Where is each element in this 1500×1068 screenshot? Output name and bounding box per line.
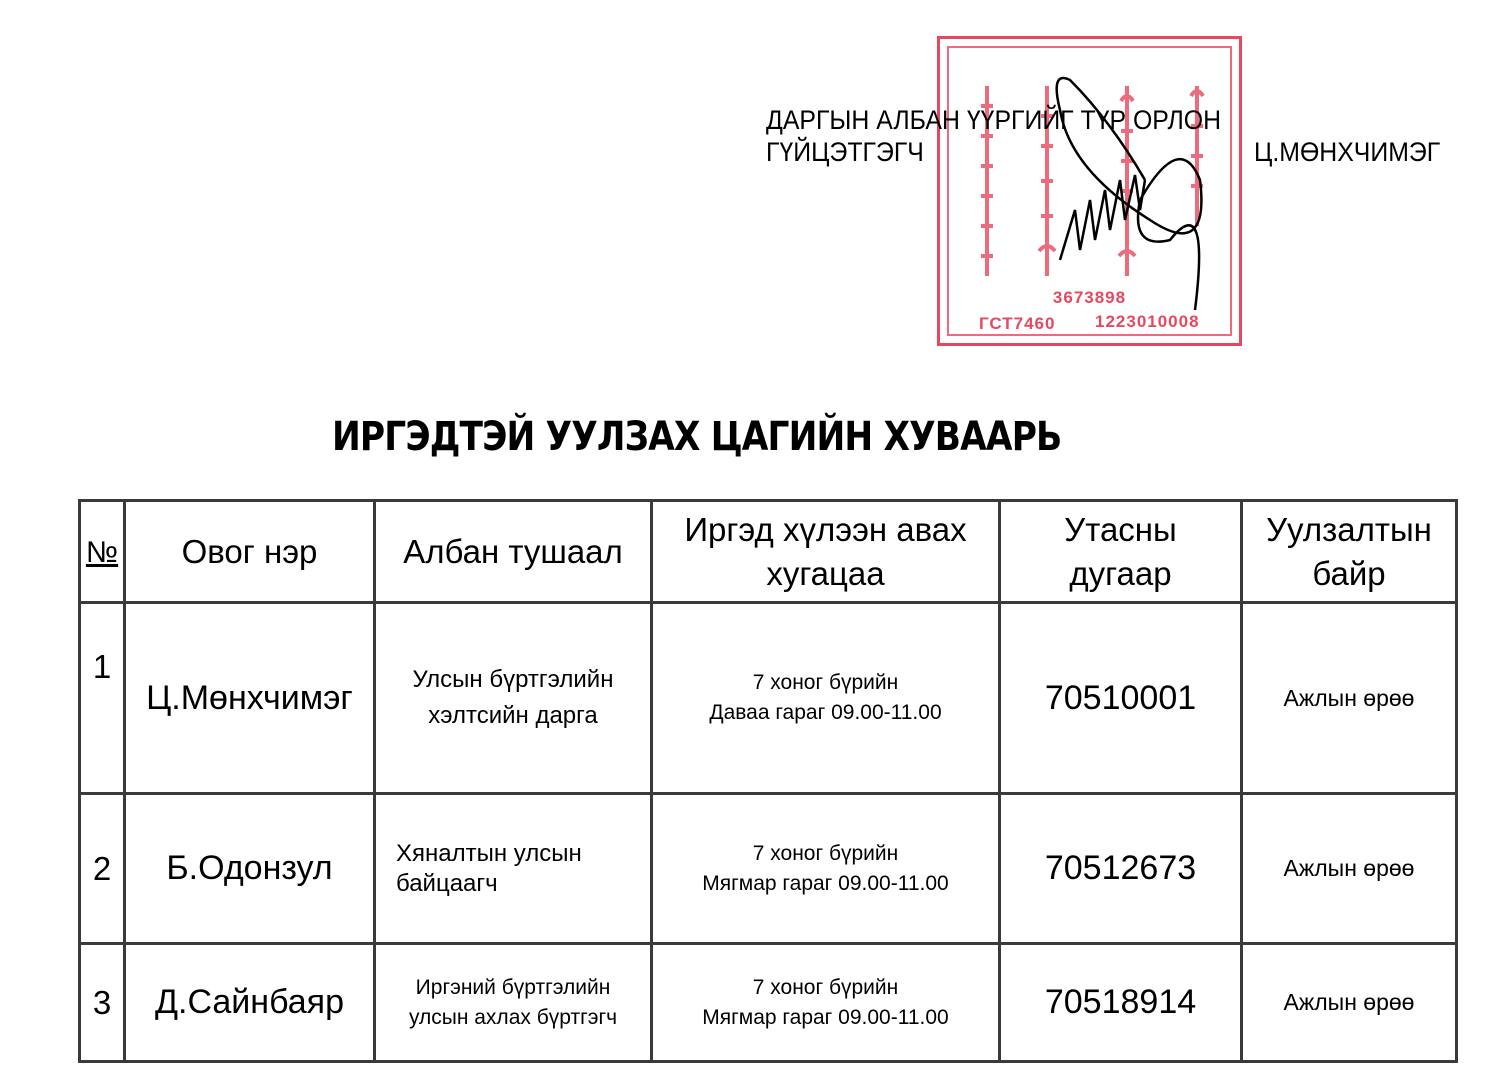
meeting-place: Ажлын өрөө (1242, 944, 1457, 1062)
table-row: 3 Д.Сайнбаяр Иргэний бүртгэлийн улсын ах… (80, 944, 1457, 1062)
table-header-row: № Овог нэр Албан тушаал Иргэд хүлээн ава… (80, 501, 1457, 603)
phone-number: 70512673 (1000, 794, 1242, 944)
header-number: № (80, 501, 125, 603)
stamp-code: ГСТ7460 (979, 314, 1055, 334)
document-title: ИРГЭДТЭЙ УУЛЗАХ ЦАГИЙН ХУВААРЬ (332, 414, 1061, 460)
table-row: 2 Б.Одонзул Хяналтын улсын байцаагч 7 хо… (80, 794, 1457, 944)
reception-time: 7 хоног бүрийн Мягмар гараг 09.00-11.00 (652, 944, 1000, 1062)
official-position: Улсын бүртгэлийн хэлтсийн дарга (375, 603, 652, 794)
stamp-register: 1223010008 (1095, 312, 1200, 332)
official-name: Б.Одонзул (125, 794, 375, 944)
phone-number: 70518914 (1000, 944, 1242, 1062)
row-number: 3 (80, 944, 125, 1062)
header-phone: Утасны дугаар (1000, 501, 1242, 603)
header-reception-time: Иргэд хүлээн авах хугацаа (652, 501, 1000, 603)
row-number: 1 (80, 603, 125, 794)
header-position: Албан тушаал (375, 501, 652, 603)
phone-number: 70510001 (1000, 603, 1242, 794)
meeting-place: Ажлын өрөө (1242, 794, 1457, 944)
official-position: Иргэний бүртгэлийн улсын ахлах бүртгэгч (375, 944, 652, 1062)
signatory-name: Ц.МӨНХЧИМЭГ (1254, 136, 1440, 168)
signatory-title-line2: ГҮЙЦЭТГЭГЧ (766, 136, 924, 168)
official-position: Хяналтын улсын байцаагч (375, 794, 652, 944)
schedule-table: № Овог нэр Албан тушаал Иргэд хүлээн ава… (78, 499, 1458, 1063)
reception-time: 7 хоног бүрийн Мягмар гараг 09.00-11.00 (652, 794, 1000, 944)
official-name: Ц.Мөнхчимэг (125, 603, 375, 794)
official-stamp: 3673898 ГСТ7460 1223010008 (937, 36, 1242, 346)
header-place: Уулзалтын байр (1242, 501, 1457, 603)
header-name: Овог нэр (125, 501, 375, 603)
stamp-number: 3673898 (949, 288, 1230, 308)
table-row: 1 Ц.Мөнхчимэг Улсын бүртгэлийн хэлтсийн … (80, 603, 1457, 794)
stamp-inner-border: 3673898 ГСТ7460 1223010008 (947, 46, 1232, 336)
reception-time: 7 хоног бүрийн Даваа гараг 09.00-11.00 (652, 603, 1000, 794)
signatory-title-line1: ДАРГЫН АЛБАН ҮҮРГИЙГ ТҮР ОРЛОН (766, 104, 1221, 136)
official-name: Д.Сайнбаяр (125, 944, 375, 1062)
meeting-place: Ажлын өрөө (1242, 603, 1457, 794)
row-number: 2 (80, 794, 125, 944)
